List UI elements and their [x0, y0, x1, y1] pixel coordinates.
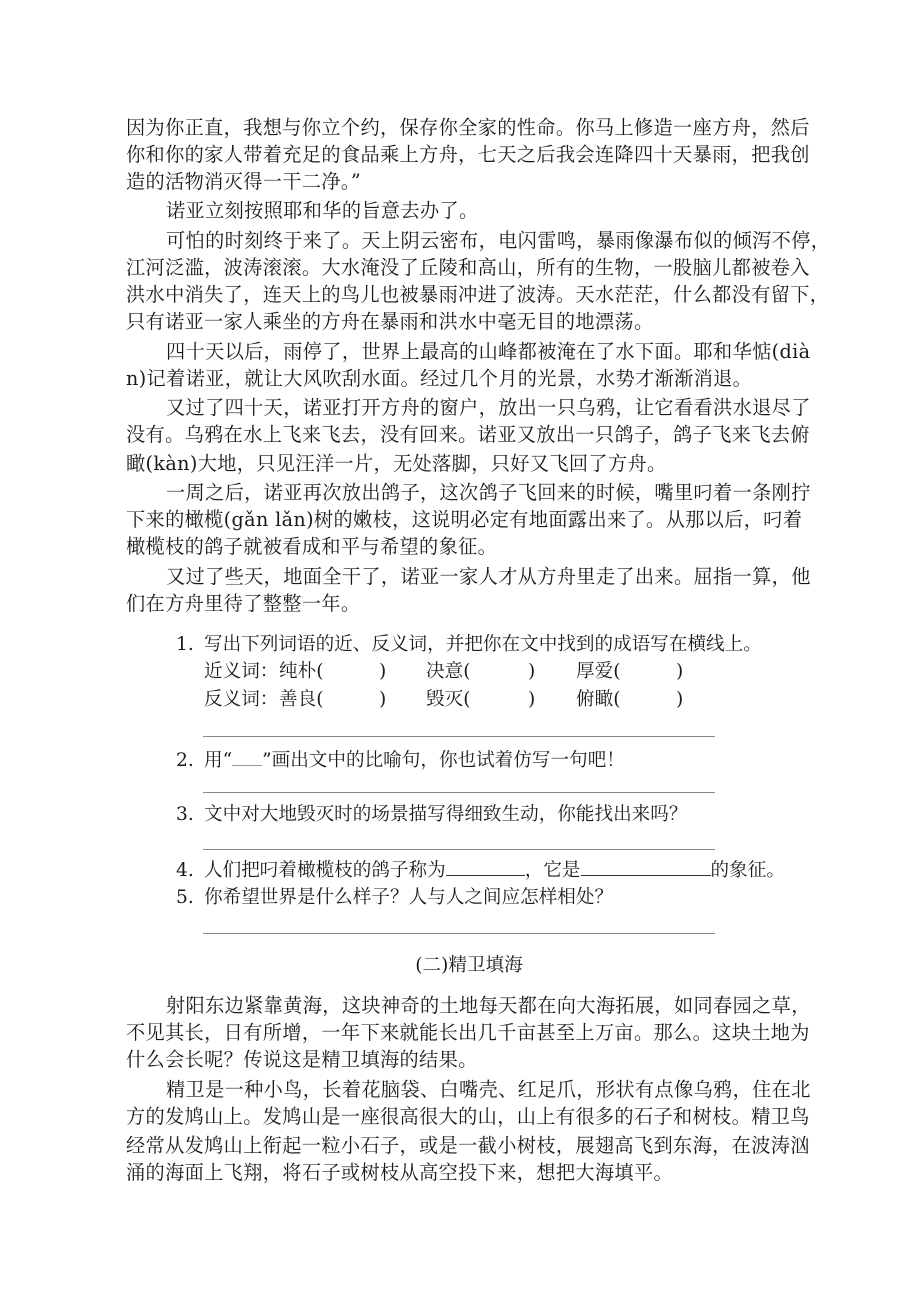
synonym-close[interactable]: )	[676, 660, 683, 684]
antonym-close[interactable]: )	[528, 688, 535, 712]
paragraph-line: 们在方舟里待了整整一年。	[126, 592, 360, 616]
question-text: 你希望世界是什么样子？人与人之间应怎样相处？	[204, 887, 613, 908]
question-3: 3.文中对大地毁灭时的场景描写得细致生动，你能找出来吗？	[176, 803, 687, 827]
synonym-word-1: 纯朴(	[279, 660, 323, 684]
paragraph-line: 可怕的时刻终于来了。天上阴云密布，电闪雷鸣，暴雨像瀑布似的倾泻不停，	[166, 229, 830, 253]
answer-line[interactable]	[203, 933, 715, 934]
section-heading: (二)精卫填海	[0, 954, 920, 978]
paragraph-line: 一周之后，诺亚再次放出鸽子，这次鸽子飞回来的时候，嘴里叼着一条刚拧	[166, 481, 811, 505]
document-page: 因为你正直，我想与你立个约，保存你全家的性命。你马上修造一座方舟，然后 你和你的…	[0, 0, 920, 1302]
question-number: 3.	[176, 803, 204, 827]
question-text: 文中对大地毁灭时的场景描写得细致生动，你能找出来吗？	[204, 804, 687, 825]
paragraph-line: 经常从发鸠山上衔起一粒小石子，或是一截小树枝，展翅高飞到东海，在波涛汹	[126, 1134, 810, 1158]
antonym-word-1: 善良(	[279, 688, 323, 712]
paragraph-line: n)记着诺亚，就让大风吹刮水面。经过几个月的光景，水势才渐渐消退。	[126, 367, 752, 391]
question-text-a: 人们把叼着橄榄枝的鸽子称为	[204, 860, 446, 881]
antonym-word-2: 毁灭(	[426, 688, 470, 712]
paragraph-line: 你和你的家人带着充足的食品乘上方舟，七天之后我会连降四十天暴雨，把我创	[126, 143, 810, 167]
answer-line[interactable]	[203, 736, 715, 737]
paragraph-line: 造的活物消灭得一干二净。”	[126, 170, 361, 194]
question-text-b: ，它是	[525, 860, 581, 881]
synonym-close[interactable]: )	[379, 660, 386, 684]
question-number: 2.	[176, 749, 204, 773]
synonym-close[interactable]: )	[528, 660, 535, 684]
question-2: 2.用“”画出文中的比喻句，你也试着仿写一句吧！	[176, 747, 625, 773]
question-4: 4.人们把叼着橄榄枝的鸽子称为，它是的象征。	[176, 857, 785, 883]
underline-sample	[232, 747, 262, 766]
paragraph-line: 没有。乌鸦在水上飞来飞去，没有回来。诺亚又放出一只鸽子，鸽子飞来飞去俯	[126, 423, 810, 447]
paragraph-line: 洪水中消失了，连天上的鸟儿也被暴雨冲进了波涛。天水茫茫，什么都没有留下，	[126, 283, 829, 307]
answer-line[interactable]	[203, 849, 715, 850]
antonym-word-3: 俯瞰(	[576, 688, 620, 712]
paragraph-line: 方的发鸠山上。发鸠山是一座很高很大的山，山上有很多的石子和树枝。精卫鸟	[126, 1105, 810, 1129]
question-text-after: ”画出文中的比喻句，你也试着仿写一句吧！	[262, 750, 625, 771]
paragraph-line: 四十天以后，雨停了，世界上最高的山峰都被淹在了水下面。耶和华惦(dià	[166, 340, 810, 364]
question-5: 5.你希望世界是什么样子？人与人之间应怎样相处？	[176, 886, 613, 910]
fill-blank-2[interactable]	[581, 857, 711, 876]
synonym-label: 近义词：	[204, 660, 278, 684]
fill-blank-1[interactable]	[446, 857, 525, 876]
paragraph-line: 不见其长，日有所增，一年下来就能长出几千亩甚至上万亩。那么。这块土地为	[126, 1021, 810, 1045]
paragraph-line: 什么会长呢？传说这是精卫填海的结果。	[126, 1048, 478, 1072]
synonym-word-2: 决意(	[426, 660, 470, 684]
antonym-close[interactable]: )	[379, 688, 386, 712]
paragraph-line: 江河泛滥，波涛滚滚。大水淹没了丘陵和高山，所有的生物，一股脑儿都被卷入	[126, 256, 810, 280]
antonym-label: 反义词：	[204, 688, 278, 712]
paragraph-line: 下来的橄榄(gǎn lǎn)树的嫩枝，这说明必定有地面露出来了。从那以后，叼着	[126, 508, 802, 532]
synonym-word-3: 厚爱(	[576, 660, 620, 684]
question-number: 4.	[176, 859, 204, 883]
paragraph-line: 橄榄枝的鸽子就被看成和平与希望的象征。	[126, 535, 497, 559]
paragraph-line: 涌的海面上飞翔，将石子或树枝从高空投下来，想把大海填平。	[126, 1161, 673, 1185]
paragraph-line: 射阳东边紧靠黄海，这块神奇的土地每天都在向大海拓展，如同春园之草，	[166, 994, 811, 1018]
question-number: 1.	[176, 633, 204, 657]
answer-line[interactable]	[203, 792, 715, 793]
paragraph-line: 因为你正直，我想与你立个约，保存你全家的性命。你马上修造一座方舟，然后	[126, 116, 810, 140]
question-number: 5.	[176, 886, 204, 910]
question-text-before: 用“	[204, 750, 232, 771]
paragraph-line: 瞰(kàn)大地，只见汪洋一片，无处落脚，只好又飞回了方舟。	[126, 452, 667, 476]
paragraph-line: 诺亚立刻按照耶和华的旨意去办了。	[166, 199, 479, 223]
question-1: 1.写出下列词语的近、反义词，并把你在文中找到的成语写在横线上。	[176, 633, 762, 657]
antonym-close[interactable]: )	[676, 688, 683, 712]
question-text-c: 的象征。	[711, 860, 785, 881]
paragraph-line: 精卫是一种小鸟，长着花脑袋、白嘴壳、红足爪，形状有点像乌鸦，住在北	[166, 1078, 811, 1102]
paragraph-line: 又过了些天，地面全干了，诺亚一家人才从方舟里走了出来。屈指一算，他	[166, 565, 811, 589]
question-text: 写出下列词语的近、反义词，并把你在文中找到的成语写在横线上。	[204, 634, 762, 655]
paragraph-line: 又过了四十天，诺亚打开方舟的窗户，放出一只乌鸦，让它看看洪水退尽了	[166, 396, 811, 420]
paragraph-line: 只有诺亚一家人乘坐的方舟在暴雨和洪水中毫无目的地漂荡。	[126, 310, 654, 334]
